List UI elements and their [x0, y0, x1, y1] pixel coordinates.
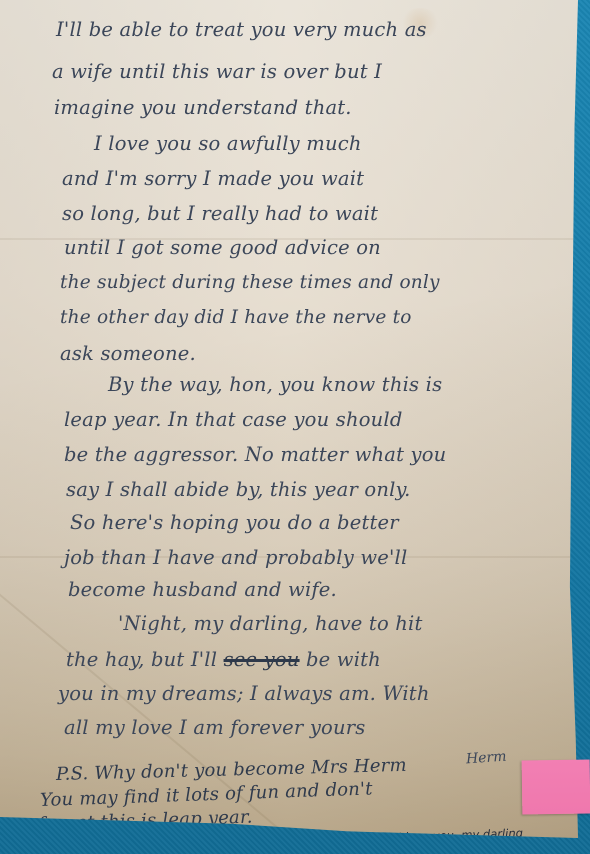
letter-text: the hay, but I'll — [66, 648, 217, 671]
letter-line: job than I have and probably we'll — [64, 546, 407, 569]
letter-line: By the way, hon, you know this is — [108, 373, 442, 396]
letter-line: all my love I am forever yours — [64, 716, 366, 739]
letter-line: and I'm sorry I made you wait — [62, 167, 364, 190]
letter-line: a wife until this war is over but I — [52, 60, 382, 83]
pink-sticky-note[interactable] — [522, 760, 590, 815]
letter-line: say I shall abide by, this year only. — [66, 478, 411, 501]
letter-line: ask someone. — [60, 342, 196, 365]
letter-line: leap year. In that case you should — [64, 408, 403, 431]
letter-line: be the aggressor. No matter what you — [64, 443, 446, 466]
letter-line: 'Night, my darling, have to hit — [118, 612, 423, 635]
letter-line: the other day did I have the nerve to — [60, 307, 412, 328]
letter-line: so long, but I really had to wait — [62, 202, 378, 225]
letter-paper: I'll be able to treat you very much as a… — [0, 0, 578, 838]
letter-line: the hay, but I'll see you be with — [66, 648, 381, 671]
letter-line: the subject during these times and only — [60, 272, 440, 293]
struck-out-text: see you — [224, 648, 300, 671]
letter-text: be with — [306, 648, 381, 671]
letter-line: I love you so awfully much — [94, 132, 362, 155]
letter-line: So here's hoping you do a better — [70, 511, 399, 534]
signature: Herm — [465, 749, 506, 768]
letter-line: until I got some good advice on — [64, 236, 381, 259]
letter-line: imagine you understand that. — [54, 96, 352, 119]
letter-line: become husband and wife. — [68, 578, 337, 601]
letter-line: you in my dreams; I always am. With — [58, 682, 430, 705]
letter-line: I'll be able to treat you very much as — [56, 18, 427, 41]
